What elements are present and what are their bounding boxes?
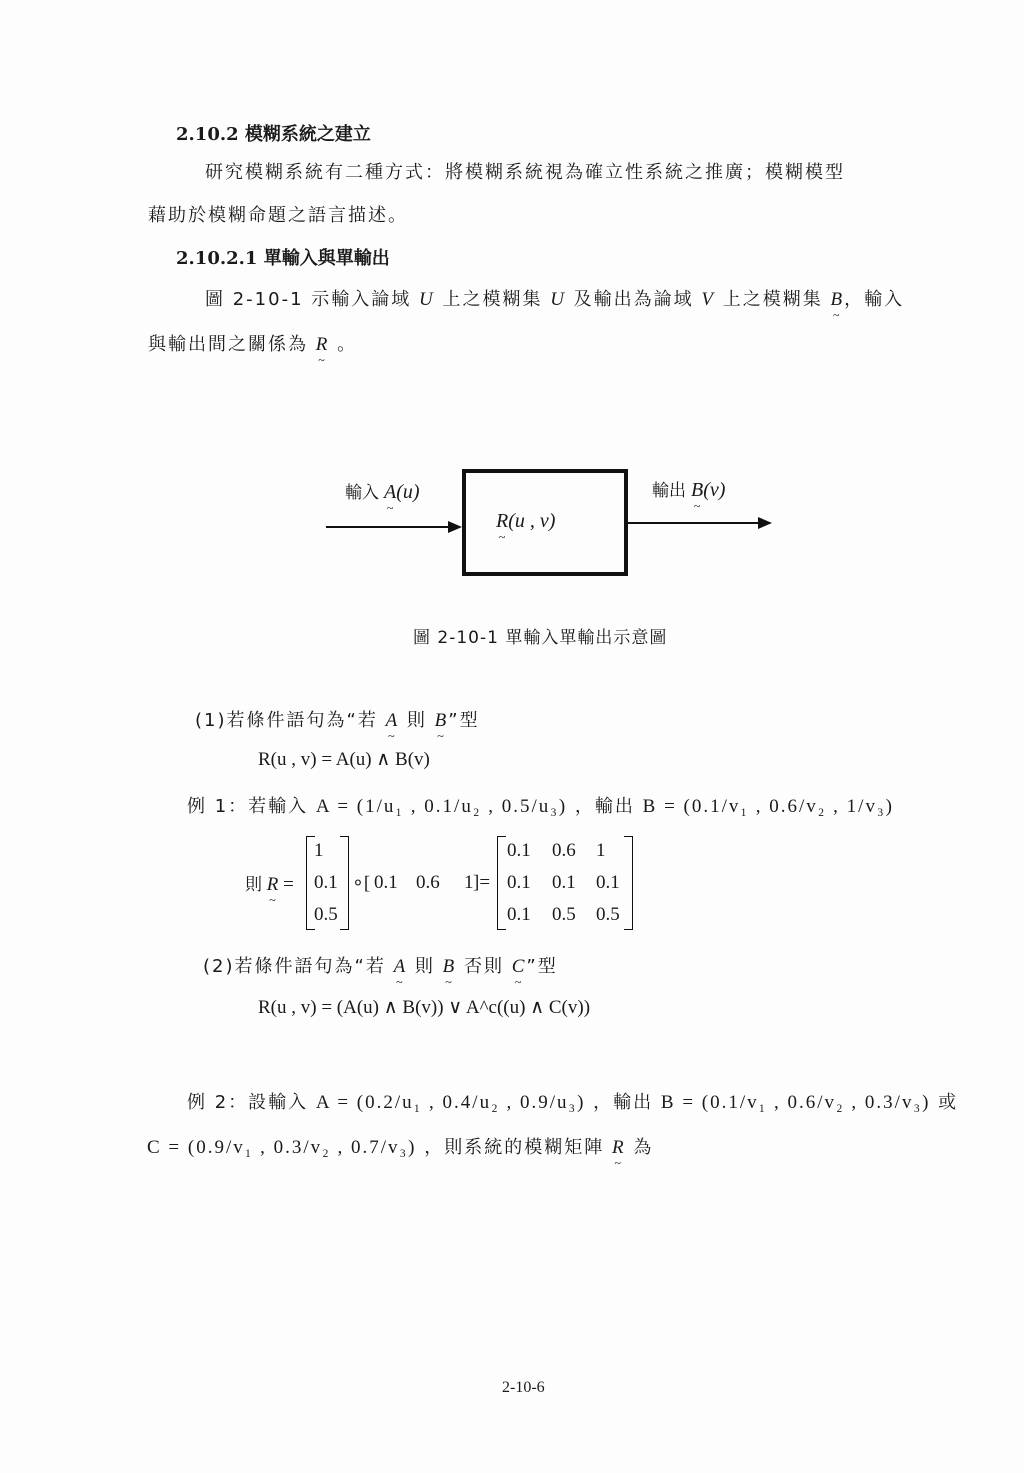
text-span: 否則 xyxy=(464,956,504,977)
section-number: 2.10.2 xyxy=(176,124,239,145)
math-var: R xyxy=(612,1137,626,1159)
case-heading: (1)若條件語句為“若 A 則 B”型 xyxy=(195,706,480,732)
matrix-cell: 0.1 xyxy=(507,840,531,862)
text-span: 及輸出為論域 xyxy=(574,289,694,310)
example-line: C = (0.9/v₁ , 0.3/v₂ , 0.7/v₃) ，則系統的模糊矩陣… xyxy=(147,1133,653,1159)
text-span: 例 2：設輸入 xyxy=(187,1092,308,1113)
math-expr: C = (0.9/v₁ , 0.3/v₂ , 0.7/v₃) xyxy=(147,1137,417,1158)
case-heading: (2)若條件語句為“若 A 則 B 否則 C”型 xyxy=(203,952,558,978)
arrow-right-icon xyxy=(448,521,462,533)
paragraph-line: 與輸出間之關係為 R 。 xyxy=(148,330,357,356)
bracket-left xyxy=(497,836,506,930)
output-arrow-line xyxy=(628,522,760,524)
text-span: ，輸入 xyxy=(844,289,904,310)
matrix-cell: 0.1 xyxy=(374,872,398,894)
matrix-cell: 1 xyxy=(314,840,324,862)
matrix-cell: 0.5 xyxy=(314,904,338,926)
matrix-cell: 0.1 xyxy=(596,872,620,894)
matrix-cell: 0.1 xyxy=(507,904,531,926)
input-arrow-line xyxy=(326,526,454,528)
matrix-cell: 0.1 xyxy=(552,872,576,894)
subsection-title: 單輸入與單輸出 xyxy=(264,248,390,269)
math-var: B xyxy=(830,289,844,311)
page-number: 2-10-6 xyxy=(502,1379,545,1397)
math-var: B xyxy=(691,479,703,502)
formula: R(u , v) = A(u) ∧ B(v) xyxy=(258,748,430,771)
text-span: 與輸出間之關係為 xyxy=(148,334,308,355)
text-span: 則 xyxy=(245,875,262,895)
math-arg: (u , v) xyxy=(508,510,555,532)
math-var: V xyxy=(701,289,715,310)
matrix-cell: 0.6 xyxy=(552,840,576,862)
output-label: 輸出 B(v) xyxy=(652,476,725,502)
text-span: 上之模糊集 xyxy=(442,289,542,310)
matrix-lhs: 則 R = xyxy=(245,870,294,896)
paragraph-line: 研究模糊系統有二種方式：將模糊系統視為確立性系統之推廣；模糊模型 xyxy=(205,158,845,184)
text-span: 則 xyxy=(415,956,435,977)
math-var: B xyxy=(443,956,457,978)
figure-caption: 圖 2-10-1 單輸入單輸出示意圖 xyxy=(413,623,667,648)
text-span: 例 1：若輸入 xyxy=(187,796,308,817)
matrix-cell: 0.1 xyxy=(314,872,338,894)
bracket-right xyxy=(340,836,349,930)
text-span: ”型 xyxy=(526,956,557,977)
math-var: U xyxy=(550,289,566,310)
text-span: ，輸出 xyxy=(593,1092,653,1113)
text-span: 圖 2-10-1 示輸入論域 xyxy=(205,289,411,310)
math-var: R xyxy=(316,334,330,356)
matrix-cell: 1 xyxy=(596,840,606,862)
math-var: B xyxy=(435,710,449,732)
math-expr: B = (0.1/v₁ , 0.6/v₂ , 0.3/v₃) xyxy=(661,1092,931,1113)
formula: R(u , v) = (A(u) ∧ B(v)) ∨ A^c((u) ∧ C(v… xyxy=(258,996,590,1019)
text-span: 上之模糊集 xyxy=(723,289,823,310)
math-expr: A = (0.2/u₁ , 0.4/u₂ , 0.9/u₃) xyxy=(316,1092,586,1113)
matrix-cell: 0.5 xyxy=(552,904,576,926)
math-expr: B = (0.1/v₁ , 0.6/v₂ , 1/v₃) xyxy=(643,796,894,817)
text-span: (1)若條件語句為“若 xyxy=(195,710,378,731)
example-line: 例 1：若輸入 A = (1/u₁ , 0.1/u₂ , 0.5/u₃) ，輸出… xyxy=(187,792,894,818)
arrow-right-icon xyxy=(758,517,772,529)
input-label: 輸入 A(u) xyxy=(345,478,420,504)
matrix-cell: 0.6 xyxy=(416,872,440,894)
bracket-right xyxy=(624,836,633,930)
example-line: 例 2：設輸入 A = (0.2/u₁ , 0.4/u₂ , 0.9/u₃) ，… xyxy=(187,1088,958,1114)
text-span: ，輸出 xyxy=(575,796,635,817)
subsection-heading: 2.10.2.1 單輸入與單輸出 xyxy=(176,244,390,270)
box-label: R(u , v) xyxy=(496,510,555,533)
math-var: A xyxy=(394,956,408,978)
paragraph-line: 圖 2-10-1 示輸入論域 U 上之模糊集 U 及輸出為論域 V 上之模糊集 … xyxy=(205,285,904,311)
math-var: A xyxy=(386,710,400,732)
text-span: (2)若條件語句為“若 xyxy=(203,956,386,977)
text-span: 。 xyxy=(337,334,357,355)
math-arg: (u) xyxy=(396,481,419,503)
math-var: R xyxy=(496,510,508,533)
matrix-cell: 0.5 xyxy=(596,904,620,926)
equals-sign: ]= xyxy=(473,872,490,894)
text-span: 輸出 xyxy=(652,481,686,501)
matrix-cell: 0.1 xyxy=(507,872,531,894)
paragraph-line: 藉助於模糊命題之語言描述。 xyxy=(148,201,408,227)
math-var: A xyxy=(384,481,396,504)
math-arg: (v) xyxy=(703,479,725,501)
text-span: 或 xyxy=(938,1092,958,1113)
text-span: ”型 xyxy=(448,710,479,731)
math-var: U xyxy=(419,289,435,310)
subsection-number: 2.10.2.1 xyxy=(176,248,257,269)
math-var: C xyxy=(512,956,527,978)
text-span: 則 xyxy=(407,710,427,731)
math-expr: A = (1/u₁ , 0.1/u₂ , 0.5/u₃) xyxy=(316,796,567,817)
text-span: 輸入 xyxy=(345,483,379,503)
composition-operator: ∘[ xyxy=(352,872,370,895)
section-title: 模糊系統之建立 xyxy=(245,124,371,145)
text-span: 為 xyxy=(633,1137,653,1158)
text-span: ，則系統的模糊矩陣 xyxy=(424,1137,604,1158)
section-heading: 2.10.2 模糊系統之建立 xyxy=(176,120,371,146)
